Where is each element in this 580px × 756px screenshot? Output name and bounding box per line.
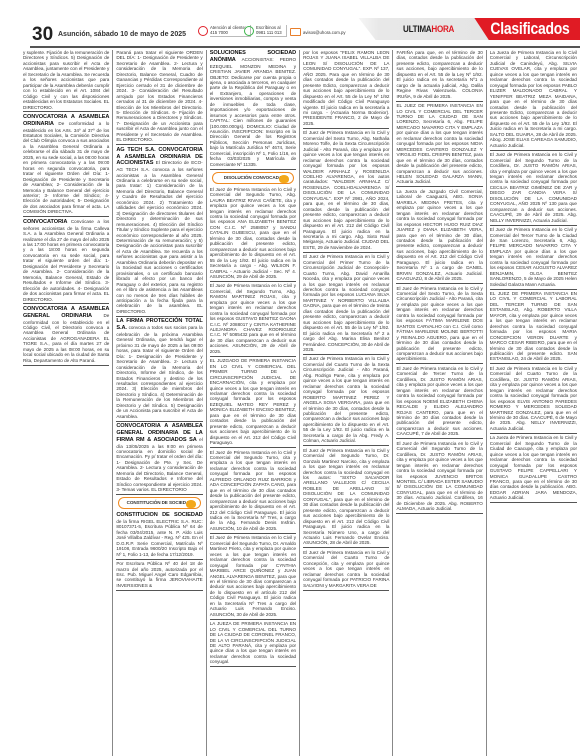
ad-text: por los esposos "FELIX RAMON LEON ROJAS … — [303, 50, 389, 126]
section-title: Clasificados — [491, 19, 570, 39]
ad-text: LA JUEZA DE PRIMERA INSTANCIA EN LO CIVI… — [210, 621, 296, 664]
ultimahora-logo: ULTIMAHORA — [403, 24, 454, 35]
classified-ad: El Juez de Primera Instancia en lo Civil… — [490, 227, 577, 289]
ad-text: El Juez de Primera Instancia en lo Civil… — [303, 130, 389, 250]
classified-ad: EL JUEZ DE PRIMERA INSTANCIA EN LO CIVIL… — [396, 103, 482, 187]
badge-label: DISOLUCIÓN CONVOCADA — [224, 175, 282, 180]
ad-text: el día 13/05/2025 a las 9:00 en primera … — [116, 437, 202, 492]
ad-text: El Juez de Primera Instancia en lo Civil… — [396, 366, 482, 436]
classified-ad: El Juez de Primera Instancia en lo Civil… — [303, 550, 389, 591]
column-2: Paraná para tratar el siguiente ORDEN DE… — [113, 50, 206, 756]
badge-label: CONSTITUCIÓN DE SOCIEDAD — [127, 500, 193, 505]
header-rule — [30, 46, 580, 48]
column-5: FARIÑA para que, en el término de 30 día… — [393, 50, 486, 756]
ad-text: El Juez de Primera Instancia en lo Civil… — [210, 283, 296, 353]
ad-text: ACCIONISTAS: PEDRO EZEQUIEL MONZON MEDIN… — [210, 57, 296, 167]
page-number: 30 — [32, 24, 53, 46]
classifieds-columns: y suplente. Fijación de la remuneración … — [20, 50, 580, 756]
ad-text: Por Escritura Pública Nº 40 del 18 de ma… — [116, 561, 202, 588]
classified-ad: El Juez de Primera Instancia en lo Civil… — [303, 254, 389, 355]
classified-ad: LA JUEZA DE PRIMERA INSTANCIA EN LO CIVI… — [210, 621, 296, 667]
classified-ad: y suplente. Fijación de la remuneración … — [23, 50, 109, 112]
classified-ad: EL JUZGADO DE PRIMERA INSTANCIA EN LO CI… — [210, 358, 296, 448]
contact-whatsapp-value: 0981 111 013 — [256, 30, 282, 35]
ad-text: Convócase a los señores accionistas de l… — [23, 219, 109, 302]
classified-ad: por los esposos "FELIX RAMON LEON ROJAS … — [303, 50, 389, 129]
classified-ad: CONSTITUCION DE SOCIEDAD de la firma RIG… — [116, 512, 202, 559]
classified-ad: El Juez de Primera Instancia en lo Civil… — [210, 283, 296, 356]
classified-ad: El Juez de Primera Instancia en lo Civil… — [303, 448, 389, 549]
ad-text: De conformidad con lo establecido en el … — [23, 313, 109, 363]
classified-ad: El Juez de Primera Instancia en lo Civil… — [303, 356, 389, 446]
ad-text: El Juez de Primera Instancia en lo Civil… — [303, 550, 389, 588]
classified-ad: CONVOCATORIA Convócase a los señores acc… — [23, 219, 109, 305]
ad-text: EL JUZGADO DE PRIMERA INSTANCIA EN LO CI… — [210, 358, 296, 445]
ad-text: El Juez de Primera Instancia en lo Civil… — [490, 366, 577, 431]
contact-phone-value: 415 7000 — [210, 30, 228, 35]
classified-ad: El Juez de Primera Instancia en lo Civil… — [210, 535, 296, 619]
ad-title: CONVOCATORIA A ASAMBLEA GENERAL ORDINARI… — [23, 306, 109, 319]
ad-text: La Jueza de Primera Instancia en lo Civi… — [490, 50, 577, 148]
column-1: y suplente. Fijación de la remuneración … — [20, 50, 113, 756]
brand-banner: ULTIMAHORA Clasificados — [345, 18, 580, 40]
ad-title: CONSTITUCION DE SOCIEDAD — [116, 512, 202, 518]
ad-text: La Jueza de Primera Instancia en lo Civi… — [490, 435, 577, 500]
classified-ad: El Juez de Primera Instancia en lo Civil… — [490, 152, 577, 225]
logo-suffix: HORA — [431, 24, 454, 35]
ad-text: Paraná para tratar el siguiente ORDEN DE… — [116, 50, 202, 142]
classified-ad: La Jueza de Primera Instancia en lo Civi… — [490, 435, 577, 503]
ad-text: El Juez de Primera Instancia en lo Civil… — [396, 441, 482, 511]
ad-text: El Juez de Primera Instancia en lo Civil… — [303, 356, 389, 443]
ad-text: EL JUEZ DE PRIMERA INSTANCIA EN LO CIVIL… — [396, 103, 482, 184]
classified-ad: AG TECH S.A. CONVOCATORIA A ASAMBLEA ORD… — [116, 147, 202, 317]
ad-text: El Juez de Primera Instancia en lo Civil… — [303, 448, 389, 546]
classified-ad: SOLUCIONES SOCIEDAD ANÓNIMA ACCIONISTAS:… — [210, 50, 296, 170]
classified-ad: CONVOCATORIA A ASAMBLEA GENERAL ORDINARI… — [116, 423, 202, 495]
ad-text: La Jueza de Juzgado Civil Comercial, Lab… — [396, 189, 482, 281]
classified-ad: CONVOCATORIA A ASAMBLEA GENERAL ORDINARI… — [23, 306, 109, 366]
email-icon — [290, 28, 301, 36]
classified-ad: El Juez de Primera Instancia en lo Civil… — [396, 366, 482, 439]
classified-ad: El Juez de Primera Instancia en lo Civil… — [396, 286, 482, 365]
whatsapp-icon — [244, 26, 254, 36]
ad-text: El Juez de Primera Instancia en lo Civil… — [210, 535, 296, 616]
classified-ad: EL JUEZ DE PRIMERA INSTANCIA EN LO CIVIL… — [490, 291, 577, 364]
classified-ad: LA FIRMA PROTECCIÓN TOTAL S.A. convoca a… — [116, 318, 202, 421]
ad-text: De conformidad a lo establecido en los A… — [23, 121, 109, 215]
ad-text: y suplente. Fijación de la remuneración … — [23, 50, 109, 110]
ad-text: convoca a todos sus socios para la celeb… — [116, 325, 202, 419]
classified-ad: El Juez de Primera Instancia en lo Civil… — [490, 366, 577, 434]
classified-ad: Paraná para tratar el siguiente ORDEN DE… — [116, 50, 202, 145]
column-3: SOLUCIONES SOCIEDAD ANÓNIMA ACCIONISTAS:… — [207, 50, 300, 756]
contact-email: avisos@uhora.com.py — [290, 28, 346, 36]
disolucion-badge: DISOLUCIÓN CONVOCADA — [212, 172, 294, 184]
ad-text: El Juez de Primera Instancia en lo Civil… — [210, 187, 296, 279]
classified-ad: El Juez de Primera Instancia en lo Civil… — [210, 187, 296, 282]
constitucion-badge: CONSTITUCIÓN DE SOCIEDAD — [118, 497, 200, 509]
ad-title: CONVOCATORIA A ASAMBLEA GENERAL ORDINARI… — [116, 423, 202, 443]
classified-ad: El Juez de Primera Instancia en lo Civil… — [210, 450, 296, 534]
classified-ad: El Juez de Primera Instancia en lo Civil… — [396, 441, 482, 514]
column-4: por los esposos "FELIX RAMON LEON ROJAS … — [300, 50, 393, 756]
classified-ad: FARIÑA para que, en el término de 30 día… — [396, 50, 482, 102]
ad-text: de la firma RIGEL ELECTRIC S.A. RUC: 801… — [116, 519, 202, 557]
classified-ad: La Jueza de Juzgado Civil Comercial, Lab… — [396, 189, 482, 284]
ad-text: El Juez de Primera Instancia en lo Civil… — [303, 254, 389, 352]
classified-ad: CONVOCATORIA A ASAMBLEA ORDINARIA De con… — [23, 114, 109, 217]
classified-ad: El Juez de Primera Instancia en lo Civil… — [303, 130, 389, 252]
contact-email-value: avisos@uhora.com.py — [303, 30, 346, 35]
ad-text: EL JUEZ DE PRIMERA INSTANCIA EN LO CIVIL… — [490, 291, 577, 361]
ad-text: El Juez de Primera Instancia en lo Civil… — [490, 152, 577, 222]
contact-whatsapp: Escríbinos al0981 111 013 — [244, 25, 287, 37]
page-date: Asunción, sábado 10 de mayo de 2025 — [58, 31, 186, 38]
classified-ad: Por Escritura Pública Nº 40 del 18 de ma… — [116, 561, 202, 591]
ad-text: El Juez de Primera Instancia en lo Civil… — [396, 286, 482, 362]
ad-text: FARIÑA para que, en el término de 30 día… — [396, 50, 482, 99]
ad-text: El Juez de Primera Instancia en lo Civil… — [490, 227, 577, 287]
page-header: 30 Asunción, sábado 10 de mayo de 2025 A… — [0, 0, 580, 46]
ad-text: El Juez de Primera Instancia en lo Civil… — [210, 450, 296, 531]
classified-ad: La Jueza de Primera Instancia en lo Civi… — [490, 50, 577, 151]
column-6: La Jueza de Primera Instancia en lo Civi… — [487, 50, 580, 756]
logo-prefix: ULTIMA — [403, 24, 431, 35]
ad-title: CONVOCATORIA — [23, 219, 67, 225]
phone-icon — [198, 26, 208, 36]
ad-text: El Directorio de ECO-AG TECH S.A. convoc… — [116, 160, 202, 314]
